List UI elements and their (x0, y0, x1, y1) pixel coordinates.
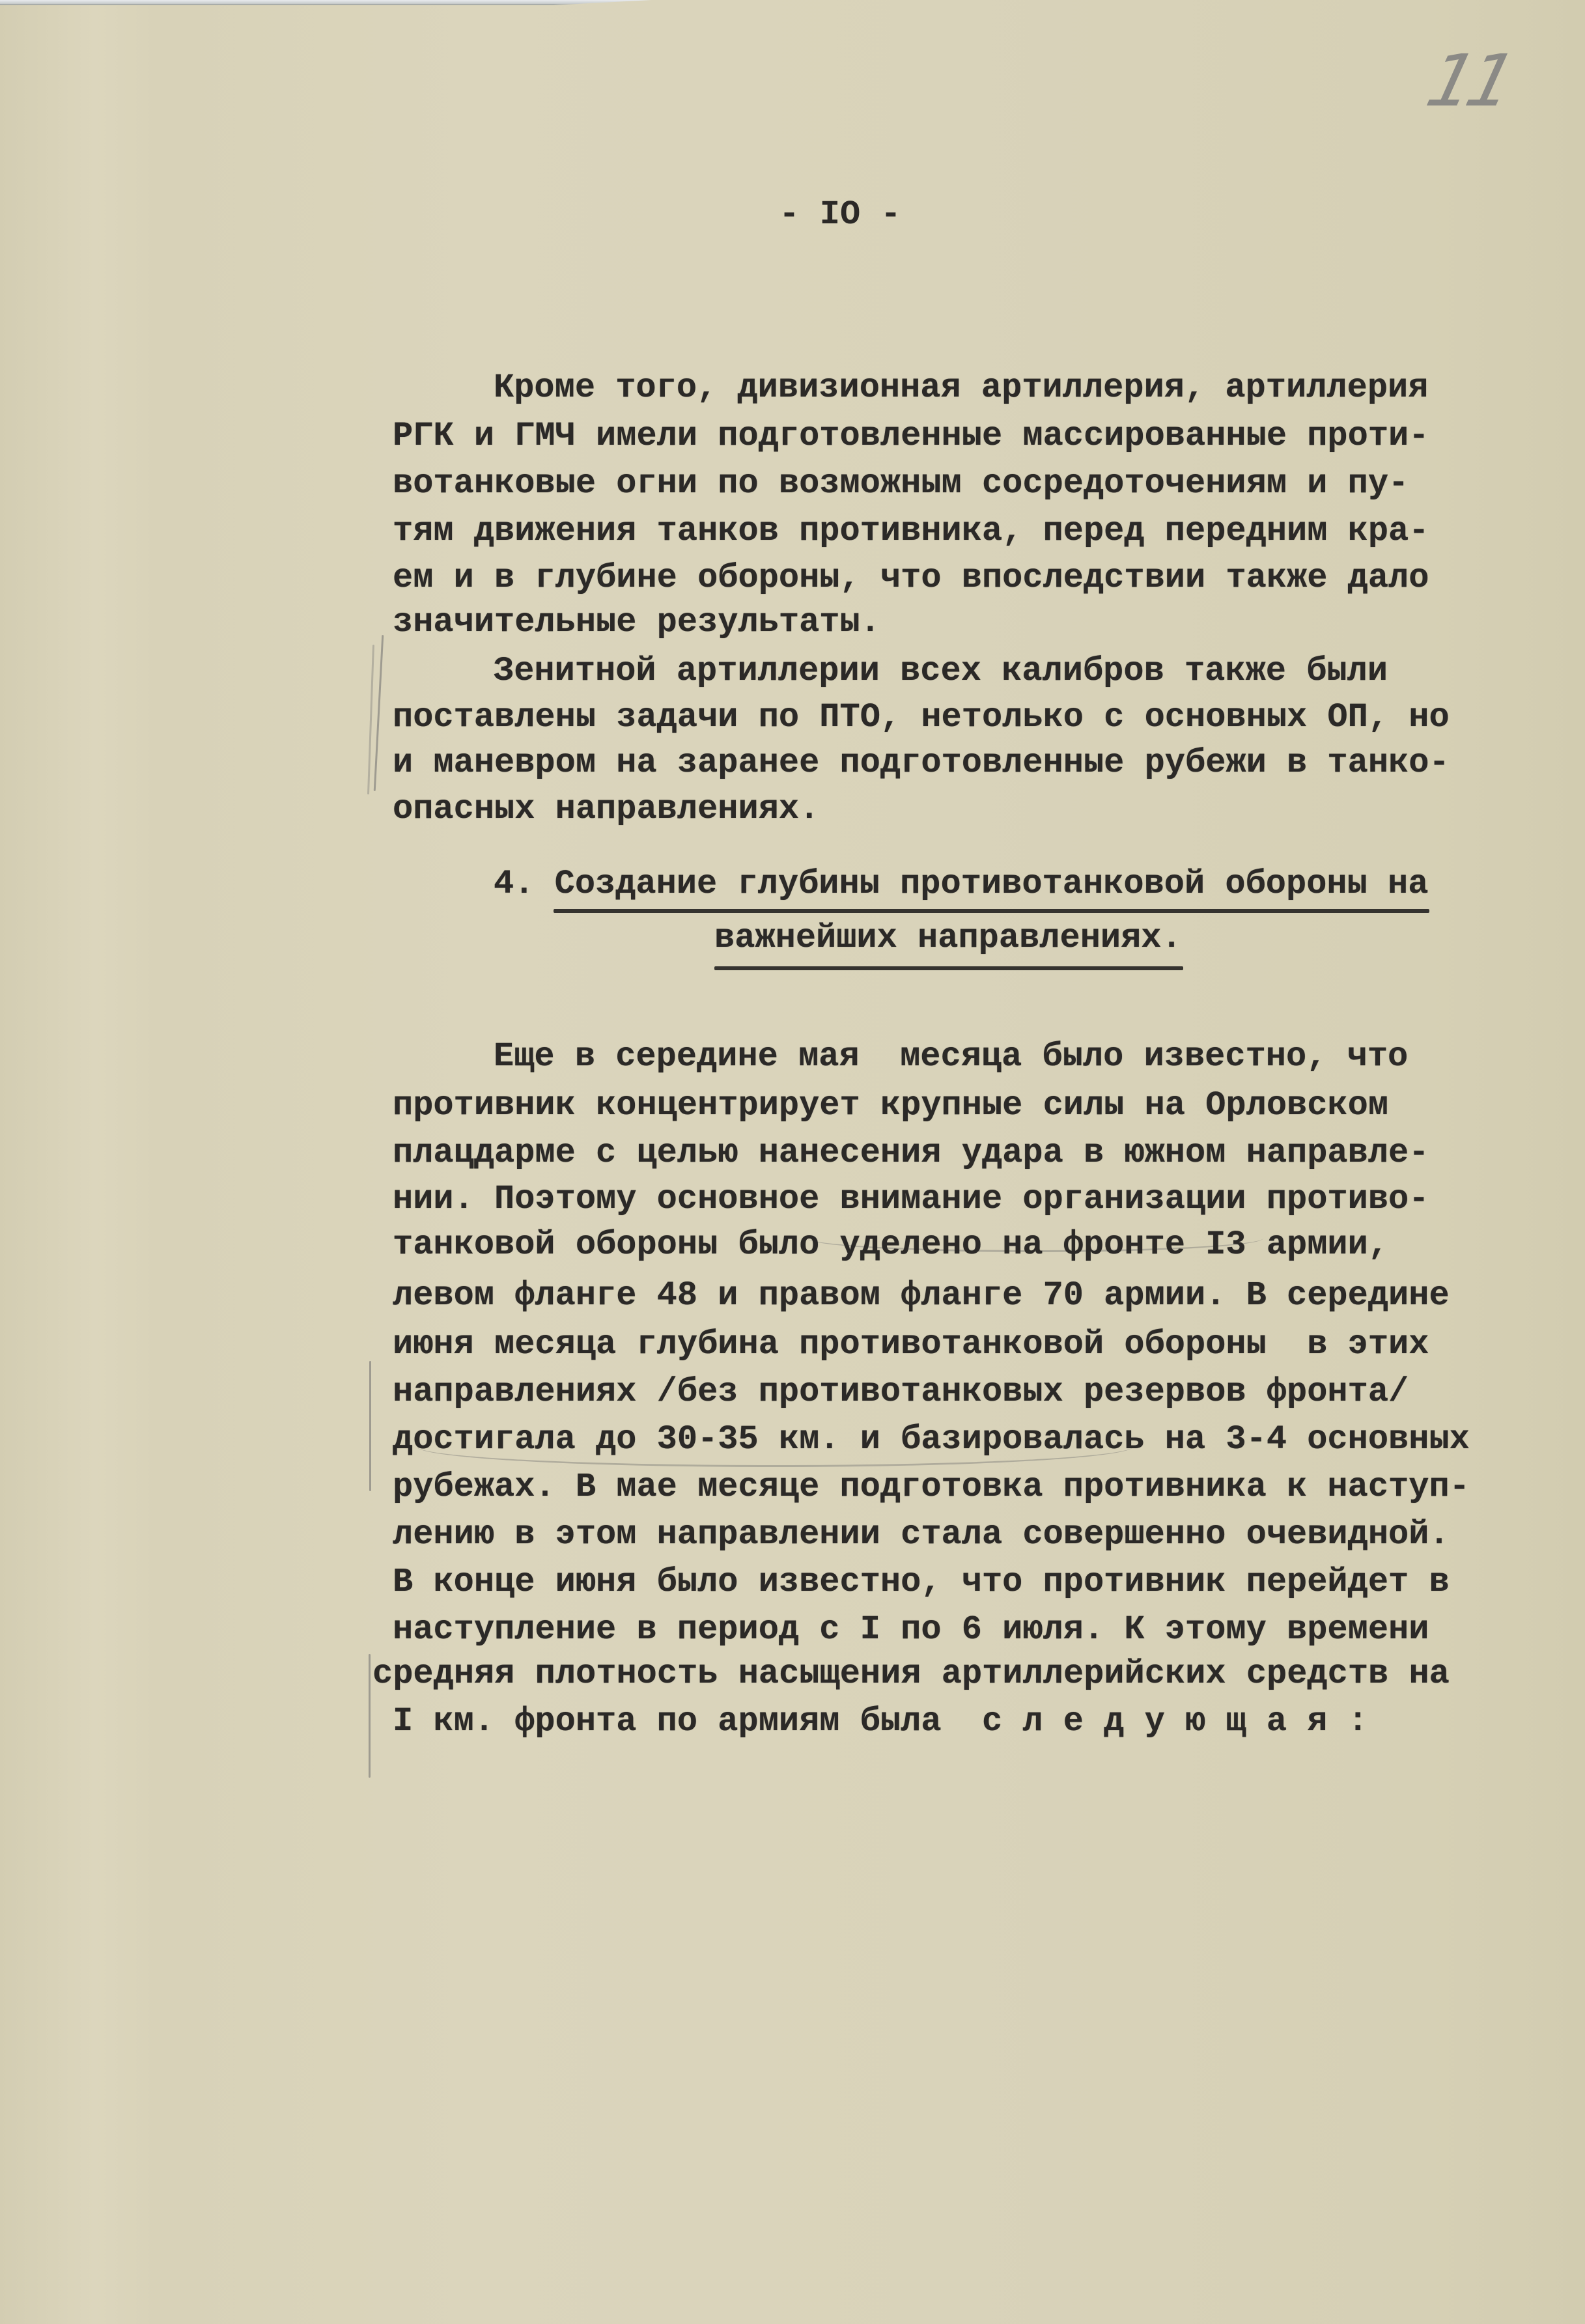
text-line: танковой обороны было уделено на фронте … (393, 1225, 1388, 1265)
heading-line-1: 4. Создание глубины противотанковой обор… (494, 865, 1428, 904)
text-line: РГК и ГМЧ имели подготовленные массирова… (393, 417, 1429, 456)
text-line: плацдарме с целью нанесения удара в южно… (393, 1134, 1429, 1173)
text-line: ем и в глубине обороны, что впоследствии… (393, 559, 1429, 598)
text-line: Зенитной артиллерии всех калибров также … (494, 652, 1388, 691)
heading-underline-1 (554, 909, 1429, 913)
text-line: тям движения танков противника, перед пе… (393, 512, 1429, 551)
text-line: направлениях /без противотанковых резерв… (393, 1373, 1409, 1412)
margin-pencil-mark (374, 635, 384, 791)
heading-underline-2 (714, 966, 1183, 970)
margin-pencil-mark (369, 1361, 371, 1491)
text-line: вотанковые огни по возможным сосредоточе… (393, 464, 1409, 503)
text-line: рубежах. В мае месяце подготовка противн… (393, 1468, 1470, 1507)
text-line: I км. фронта по армиям была с л е д у ю … (393, 1702, 1368, 1741)
text-line: лению в этом направлении стала совершенн… (393, 1515, 1450, 1554)
margin-pencil-mark (369, 1654, 371, 1778)
text-line: июня месяца глубина противотанковой обор… (393, 1325, 1429, 1364)
text-line: средняя плотность насыщения артиллерийск… (372, 1655, 1450, 1694)
text-line: наступление в период с I по 6 июля. К эт… (393, 1610, 1429, 1649)
text-line: В конце июня было известно, что противни… (393, 1563, 1450, 1602)
text-line: опасных направлениях. (393, 790, 819, 829)
text-line: значительные результаты. (393, 603, 880, 642)
text-line: левом фланге 48 и правом фланге 70 армии… (393, 1276, 1450, 1315)
text-line: Еще в середине мая месяца было известно,… (494, 1037, 1408, 1076)
heading-line-2: важнейших направлениях. (714, 919, 1182, 958)
text-line: достигала до 30-35 км. и базировалась на… (393, 1420, 1470, 1459)
text-line: противник концентрирует крупные силы на … (393, 1086, 1388, 1125)
folio-pencil-mark: 11 (1419, 39, 1518, 122)
text-line: Кроме того, дивизионная артиллерия, арти… (494, 369, 1428, 408)
paper-fold-edge (0, 0, 651, 5)
margin-pencil-mark (367, 645, 374, 794)
text-line: нии. Поэтому основное внимание организац… (393, 1180, 1429, 1219)
page-number: - IO - (755, 195, 925, 234)
text-line: поставлены задачи по ПТО, нетолько с осн… (393, 698, 1450, 737)
text-line: и маневром на заранее подготовленные руб… (393, 744, 1450, 783)
